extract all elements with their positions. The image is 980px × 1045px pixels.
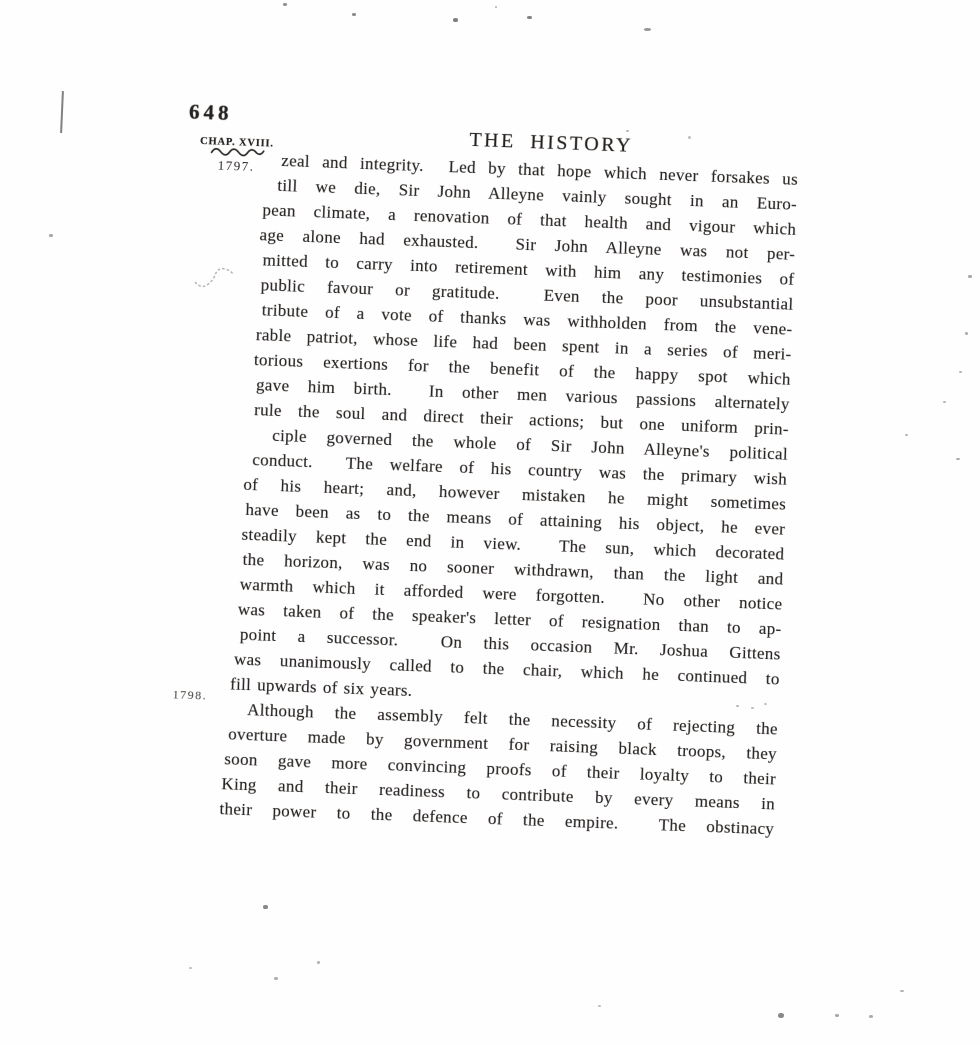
scanned-content: 648 THE HISTORY CHAP. XVIII. 1797. 1798.… [224, 102, 822, 892]
body-text: zeal and integrity. Led by that hope whi… [226, 147, 820, 842]
scan-speck [900, 990, 904, 992]
scan-speck [49, 234, 53, 237]
scan-speck [644, 28, 651, 31]
scan-speck [869, 1015, 873, 1018]
book-page-scan: 648 THE HISTORY CHAP. XVIII. 1797. 1798.… [0, 0, 980, 1045]
scan-speck [189, 967, 192, 969]
scan-speck [527, 16, 532, 19]
scan-speck [598, 1005, 601, 1007]
scan-speck [317, 961, 320, 964]
scan-speck [274, 977, 278, 980]
scan-speck [968, 275, 972, 278]
year-1798-label: 1798. [172, 687, 207, 703]
scan-speck [453, 18, 458, 22]
stray-squiggle-mark [193, 265, 235, 291]
stray-vertical-pen-mark [60, 91, 63, 133]
scan-speck [778, 1013, 784, 1018]
scan-speck [965, 332, 968, 335]
scan-speck [495, 6, 497, 8]
scan-speck [943, 401, 946, 403]
scan-speck [283, 3, 287, 6]
scan-speck [959, 371, 962, 373]
scan-speck [263, 905, 268, 909]
scan-speck [352, 13, 356, 16]
scan-speck [905, 434, 908, 436]
scan-speck [956, 458, 960, 460]
page-number: 648 [189, 100, 233, 127]
scan-speck [835, 1014, 839, 1017]
